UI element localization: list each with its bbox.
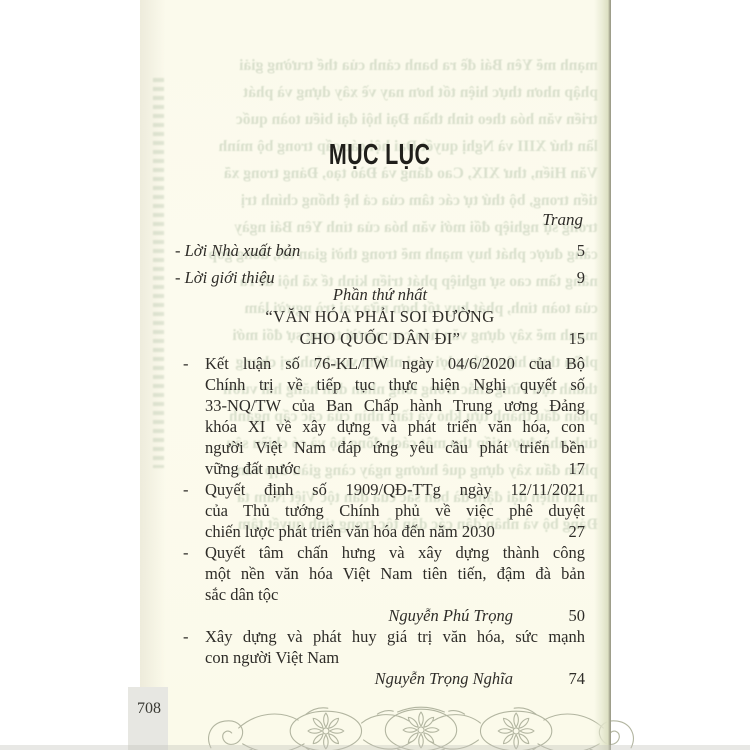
entry-dash: - bbox=[183, 479, 189, 500]
entry-line: Chính trị về tiếp tục thực hiện Nghị quy… bbox=[205, 374, 585, 395]
folio-page-number: 708 bbox=[137, 700, 161, 718]
list-item: - Lời Nhà xuất bản 5 bbox=[175, 237, 585, 264]
entry-last-line: vững đất nước 17 bbox=[205, 458, 585, 479]
entry-line: của Thủ tướng Chính phủ về việc phê duyệ… bbox=[205, 500, 585, 521]
toc-entries: - Kết luận số 76-KL/TW ngày 04/6/2020 củ… bbox=[175, 353, 585, 689]
entry-author-row: Nguyễn Phú Trọng 50 bbox=[205, 605, 585, 626]
entry-line-text: con người Việt Nam bbox=[205, 647, 339, 668]
lotus-scroll-ornament-border bbox=[203, 702, 639, 750]
entry-page: 74 bbox=[559, 668, 585, 689]
front-matter-list: - Lời Nhà xuất bản 5 - Lời giới thiệu 9 bbox=[175, 237, 585, 291]
entry-page: 27 bbox=[569, 521, 586, 542]
entry-line-text: sắc dân tộc bbox=[205, 584, 278, 605]
part-title-line1: “VĂN HÓA PHẢI SOI ĐƯỜNG bbox=[175, 306, 585, 328]
entry-dash: - bbox=[183, 353, 189, 374]
part-heading: Phần thứ nhất “VĂN HÓA PHẢI SOI ĐƯỜNG CH… bbox=[175, 284, 585, 350]
entry-line: Kết luận số 76-KL/TW ngày 04/6/2020 của … bbox=[205, 353, 585, 374]
entry-line: Xây dựng và phát huy giá trị văn hóa, sứ… bbox=[205, 626, 585, 647]
entry-line: khóa XI về xây dựng và phát triển văn hó… bbox=[205, 416, 585, 437]
toc-entry: - Quyết tâm chấn hưng và xây dựng thành … bbox=[175, 542, 585, 626]
front-item-page: 5 bbox=[577, 237, 585, 264]
entry-page: 17 bbox=[569, 458, 586, 479]
column-header-trang: Trang bbox=[542, 210, 583, 230]
part-title-line2-row: CHO QUỐC DÂN ĐI” 15 bbox=[175, 328, 585, 350]
entry-author: Nguyễn Phú Trọng bbox=[388, 605, 559, 626]
entry-dash: - bbox=[183, 626, 189, 647]
part-title-line2: CHO QUỐC DÂN ĐI” bbox=[300, 329, 461, 348]
entry-line-text: vững đất nước bbox=[205, 458, 300, 479]
part-kicker: Phần thứ nhất bbox=[175, 284, 585, 306]
page-title: MỤC LỤC bbox=[175, 139, 585, 172]
part-page: 15 bbox=[569, 328, 586, 350]
entry-line: một nền văn hóa Việt Nam tiên tiến, đậm … bbox=[205, 563, 585, 584]
entry-line: Quyết định số 1909/QĐ-TTg ngày 12/11/202… bbox=[205, 479, 585, 500]
entry-author-row: Nguyễn Trọng Nghĩa 74 bbox=[205, 668, 585, 689]
entry-dash: - bbox=[183, 542, 189, 563]
entry-last-line: con người Việt Nam bbox=[205, 647, 585, 668]
scan-bottom-edge bbox=[0, 745, 750, 750]
page-title-text: MỤC LỤC bbox=[329, 139, 431, 172]
entry-line: Quyết tâm chấn hưng và xây dựng thành cô… bbox=[205, 542, 585, 563]
entry-last-line: chiến lược phát triển văn hóa đến năm 20… bbox=[205, 521, 585, 542]
page-right-edge bbox=[594, 0, 611, 750]
entry-line: người Việt Nam đáp ứng yêu cầu phát triể… bbox=[205, 437, 585, 458]
scanned-book-page-canvas: mạnh mẽ Yên Bái đề ra banh cảnh của thế … bbox=[0, 0, 750, 750]
toc-entry: - Xây dựng và phát huy giá trị văn hóa, … bbox=[175, 626, 585, 689]
entry-last-line: sắc dân tộc bbox=[205, 584, 585, 605]
entry-line: 33-NQ/TW của Ban Chấp hành Trung ương Đả… bbox=[205, 395, 585, 416]
toc-entry: - Kết luận số 76-KL/TW ngày 04/6/2020 củ… bbox=[175, 353, 585, 479]
toc-content: MỤC LỤC Trang - Lời Nhà xuất bản 5 - Lời… bbox=[175, 0, 585, 750]
spine-edge-strip bbox=[128, 687, 168, 750]
entry-line-text: chiến lược phát triển văn hóa đến năm 20… bbox=[205, 521, 495, 542]
front-item-label: - Lời Nhà xuất bản bbox=[175, 237, 300, 264]
entry-author: Nguyễn Trọng Nghĩa bbox=[375, 668, 559, 689]
book-page: mạnh mẽ Yên Bái đề ra banh cảnh của thế … bbox=[140, 0, 611, 750]
bleedthrough-margin-strip bbox=[153, 78, 164, 468]
entry-page: 50 bbox=[559, 605, 585, 626]
toc-entry: - Quyết định số 1909/QĐ-TTg ngày 12/11/2… bbox=[175, 479, 585, 542]
